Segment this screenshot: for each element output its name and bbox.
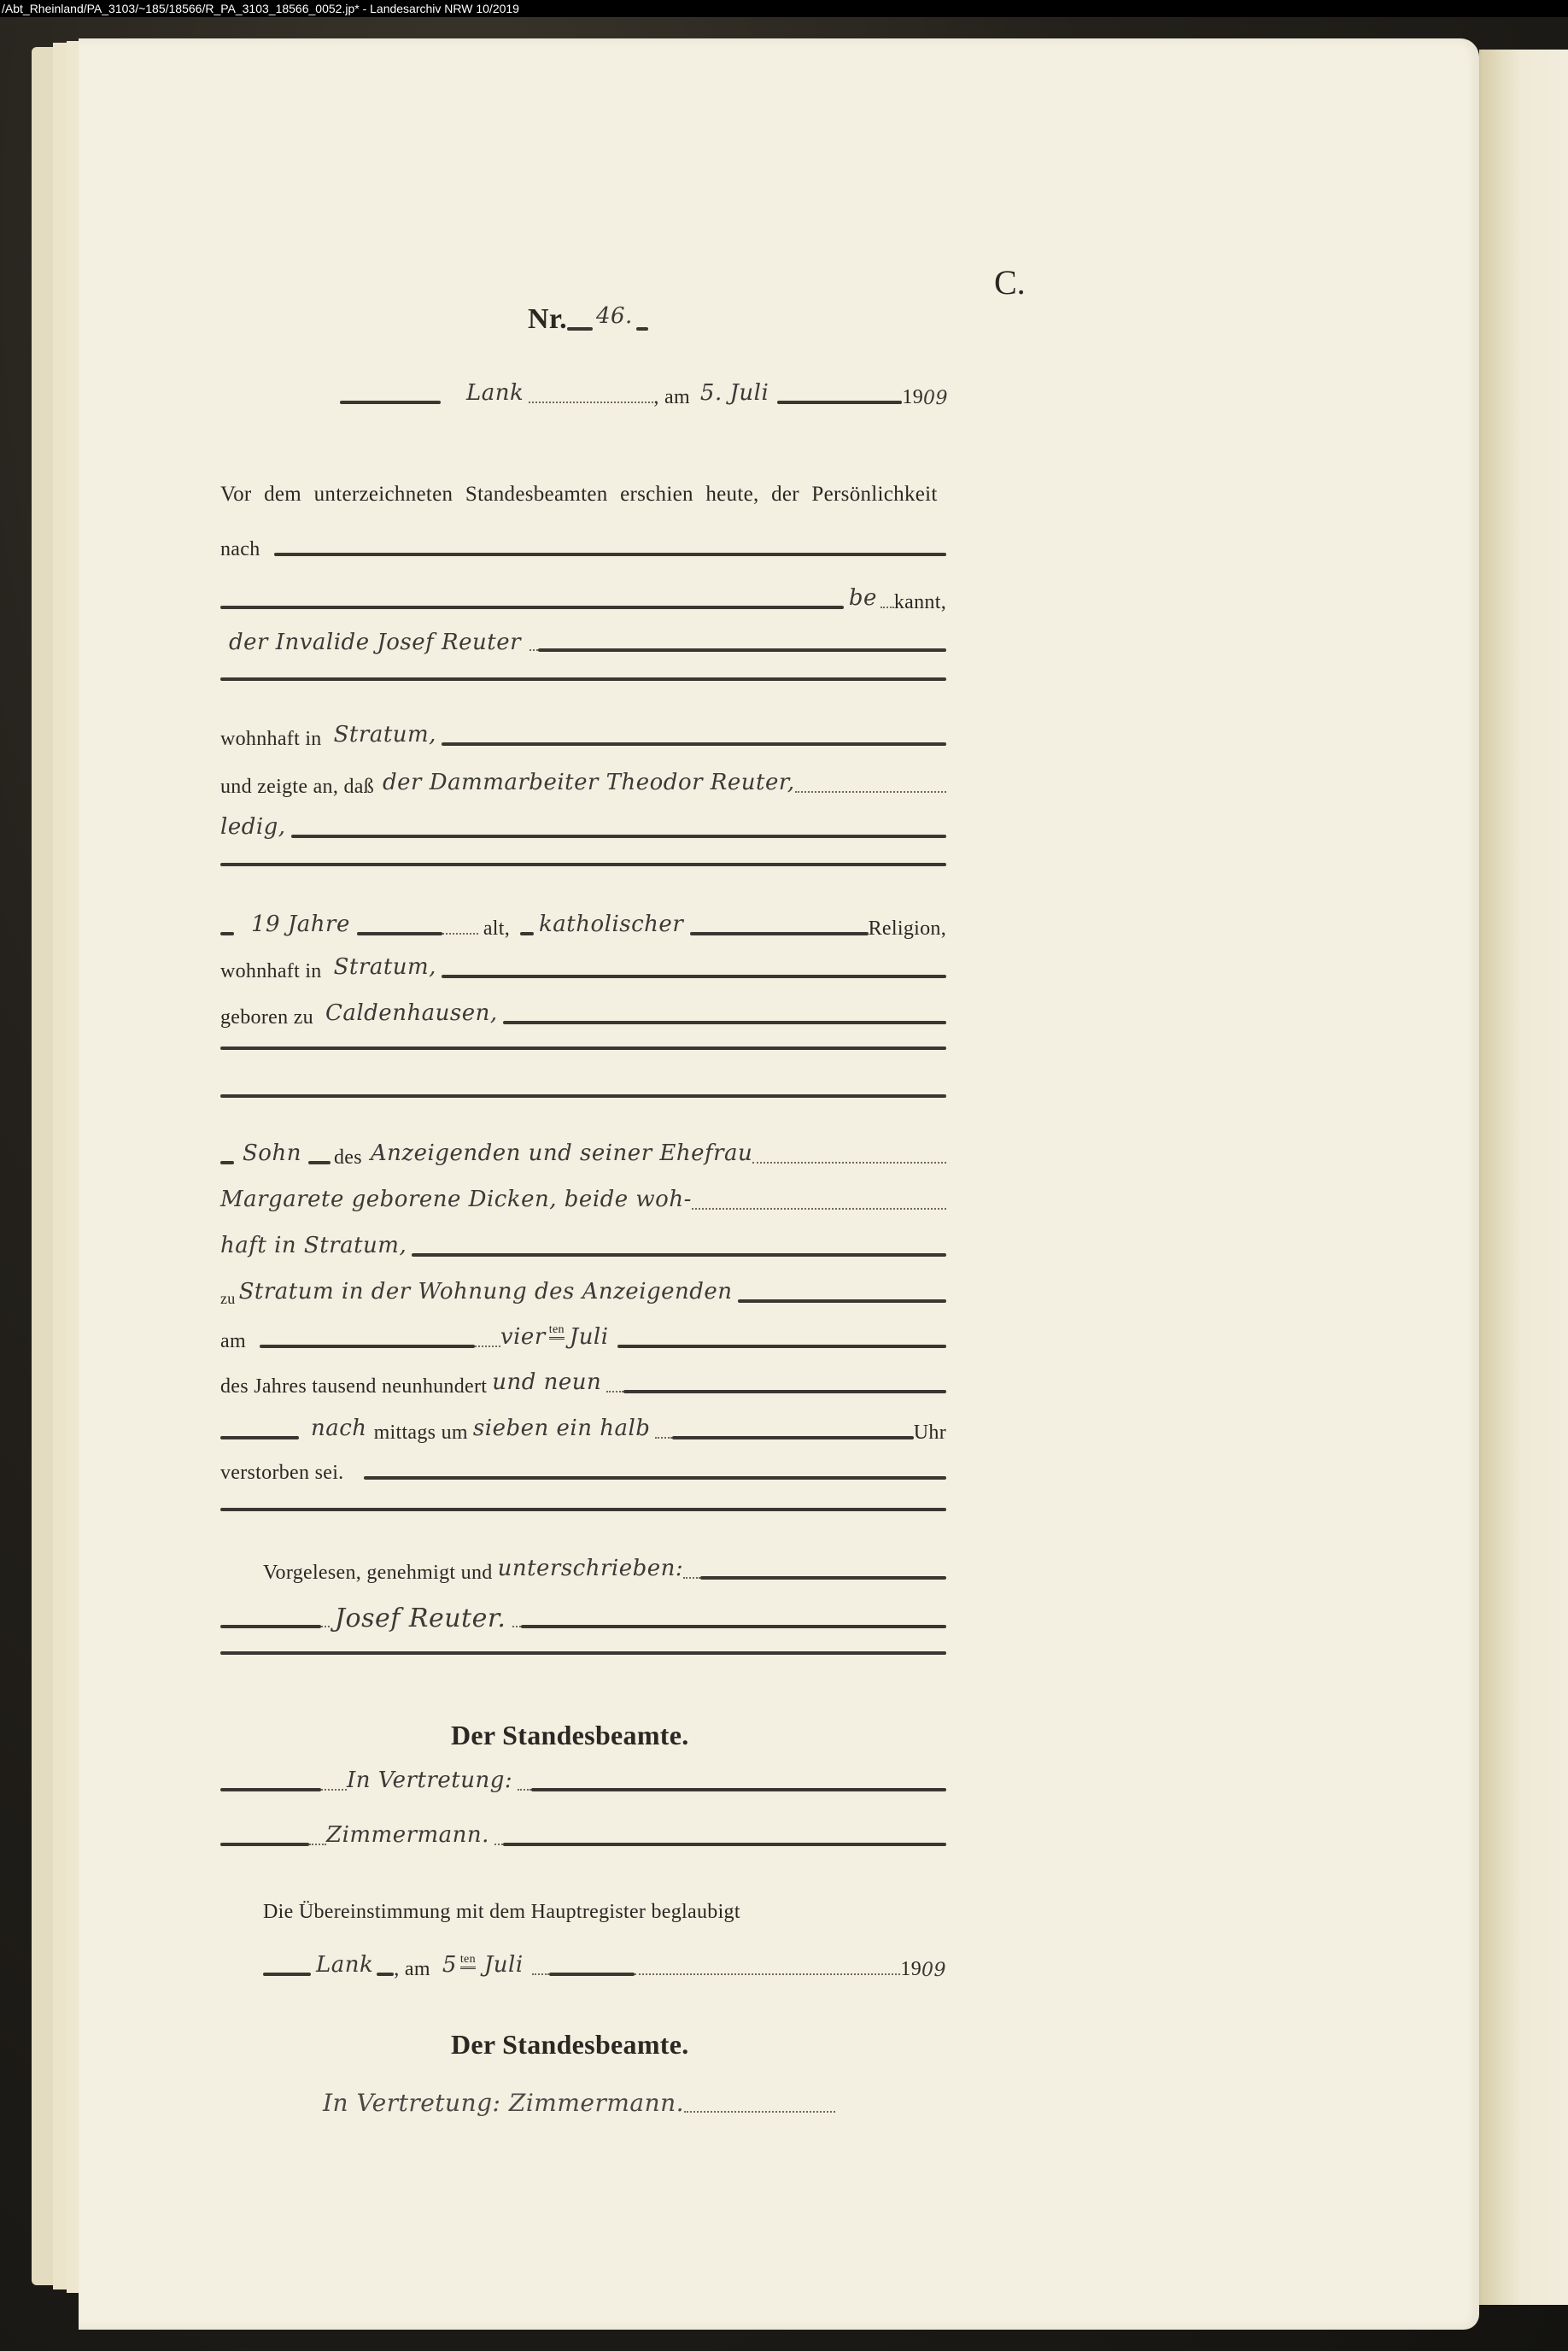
record-number: 46.: [596, 303, 633, 329]
registrar-heading-2: Der Standesbeamte.: [451, 2029, 689, 2061]
blank-row: [220, 1094, 946, 1103]
informant-residence: Stratum,: [334, 722, 436, 748]
deceased-name: der Dammarbeiter Theodor Reuter,: [383, 770, 795, 795]
registration-date: 5. Juli: [700, 380, 769, 406]
place-name: Lank: [466, 380, 524, 406]
record-number-row: Nr. 46.: [528, 303, 648, 336]
certification-row: Die Übereinstimmung mit dem Hauptregiste…: [263, 1901, 740, 1924]
death-place: Stratum in der Wohnung des Anzeigenden: [239, 1279, 733, 1304]
informant-signature: Josef Reuter.: [335, 1603, 506, 1633]
vorgelesen-value: unterschrieben:: [498, 1556, 684, 1581]
verstorben-row: verstorben sei.: [220, 1462, 946, 1485]
time-prefix: nach: [311, 1416, 367, 1441]
death-month: Juli: [570, 1324, 609, 1350]
registrar-deputy: In Vertretung:: [347, 1768, 512, 1793]
final-signature: In Vertretung: Zimmermann.: [323, 2089, 684, 2117]
cert-month: Juli: [484, 1952, 524, 1978]
facing-page: [1484, 50, 1568, 2305]
certification-text: Die Übereinstimmung mit dem Hauptregiste…: [263, 1901, 740, 1924]
marital-status: ledig,: [220, 814, 286, 840]
deceased-residence: Stratum,: [334, 954, 436, 980]
form-letter: C.: [994, 262, 1026, 302]
death-date-row: am vier ten Juli: [220, 1323, 946, 1353]
blank-row: [220, 677, 946, 686]
blank-row: [220, 863, 946, 871]
age-religion-row: 19 Jahre alt, katholischer Religion,: [220, 912, 946, 941]
register-page: C. Nr. 46. Lank , am 5. Juli 19 09 Vor d…: [79, 38, 1479, 2330]
place-date-row: Lank , am 5. Juli 19 09: [340, 380, 948, 409]
intro-text: Vor dem unterzeichneten Standesbeamten e…: [220, 483, 938, 507]
window-title-bar: /Abt_Rheinland/PA_3103/~185/18566/R_PA_3…: [0, 0, 1568, 17]
death-year-row: des Jahres tausend neunhundert und neun: [220, 1369, 946, 1398]
informant-name: der Invalide Josef Reuter: [229, 630, 521, 655]
registrar-heading-row: Der Standesbeamte.: [451, 1720, 689, 1751]
intro-row: Vor dem unterzeichneten Standesbeamten e…: [220, 483, 946, 507]
bekannt-row: be kannt,: [220, 585, 946, 614]
window-title: /Abt_Rheinland/PA_3103/~185/18566/R_PA_3…: [2, 2, 519, 15]
parents-row-1: Sohn des Anzeigenden und seiner Ehefrau: [220, 1140, 946, 1170]
blank-row: [220, 1508, 946, 1516]
nach-row: nach: [220, 538, 946, 561]
age: 19 Jahre: [251, 912, 350, 937]
blank-row: [220, 1047, 946, 1055]
registrar-deputy-row: In Vertretung:: [220, 1768, 946, 1797]
mother-name: Margarete geborene Dicken, beide woh-: [220, 1187, 692, 1212]
vorgelesen-row: Vorgelesen, genehmigt und unterschrieben…: [263, 1556, 946, 1585]
registrar-name: Zimmermann.: [326, 1822, 489, 1848]
registrar-heading-2-row: Der Standesbeamte.: [451, 2029, 689, 2061]
final-signature-row: In Vertretung: Zimmermann.: [323, 2089, 835, 2119]
informant-residence-row: wohnhaft in Stratum,: [220, 722, 946, 751]
registrar-name-row: Zimmermann.: [220, 1822, 946, 1851]
religion: katholischer: [539, 912, 683, 937]
informant-signature-row: Josef Reuter.: [220, 1603, 946, 1633]
cert-day: 5: [442, 1952, 457, 1978]
blank-row: [220, 1651, 946, 1660]
death-time: sieben ein halb: [473, 1416, 651, 1441]
birthplace: Caldenhausen,: [325, 1000, 498, 1026]
informant-row: der Invalide Josef Reuter: [220, 630, 946, 657]
number-label: Nr.: [528, 303, 567, 336]
certification-date-row: Lank , am 5 ten Juli 19 09: [263, 1952, 946, 1981]
death-day: vier: [500, 1324, 546, 1350]
deceased-residence-row: wohnhaft in Stratum,: [220, 954, 946, 983]
birthplace-row: geboren zu Caldenhausen,: [220, 1000, 946, 1029]
cert-place: Lank: [316, 1952, 373, 1978]
death-time-row: nach mittags um sieben ein halb Uhr: [220, 1416, 946, 1445]
death-place-row: zu Stratum in der Wohnung des Anzeigende…: [220, 1279, 946, 1308]
parents-text: Anzeigenden und seiner Ehefrau: [371, 1140, 752, 1166]
deceased-status-row: ledig,: [220, 814, 946, 843]
parents-row-3: haft in Stratum,: [220, 1233, 946, 1262]
registrar-heading: Der Standesbeamte.: [451, 1720, 689, 1751]
announcement-row: und zeigte an, daß der Dammarbeiter Theo…: [220, 770, 946, 799]
cert-year: 09: [921, 1960, 946, 1981]
death-year: und neun: [492, 1369, 601, 1395]
registration-year: 09: [923, 388, 948, 409]
parents-row-2: Margarete geborene Dicken, beide woh-: [220, 1187, 946, 1216]
